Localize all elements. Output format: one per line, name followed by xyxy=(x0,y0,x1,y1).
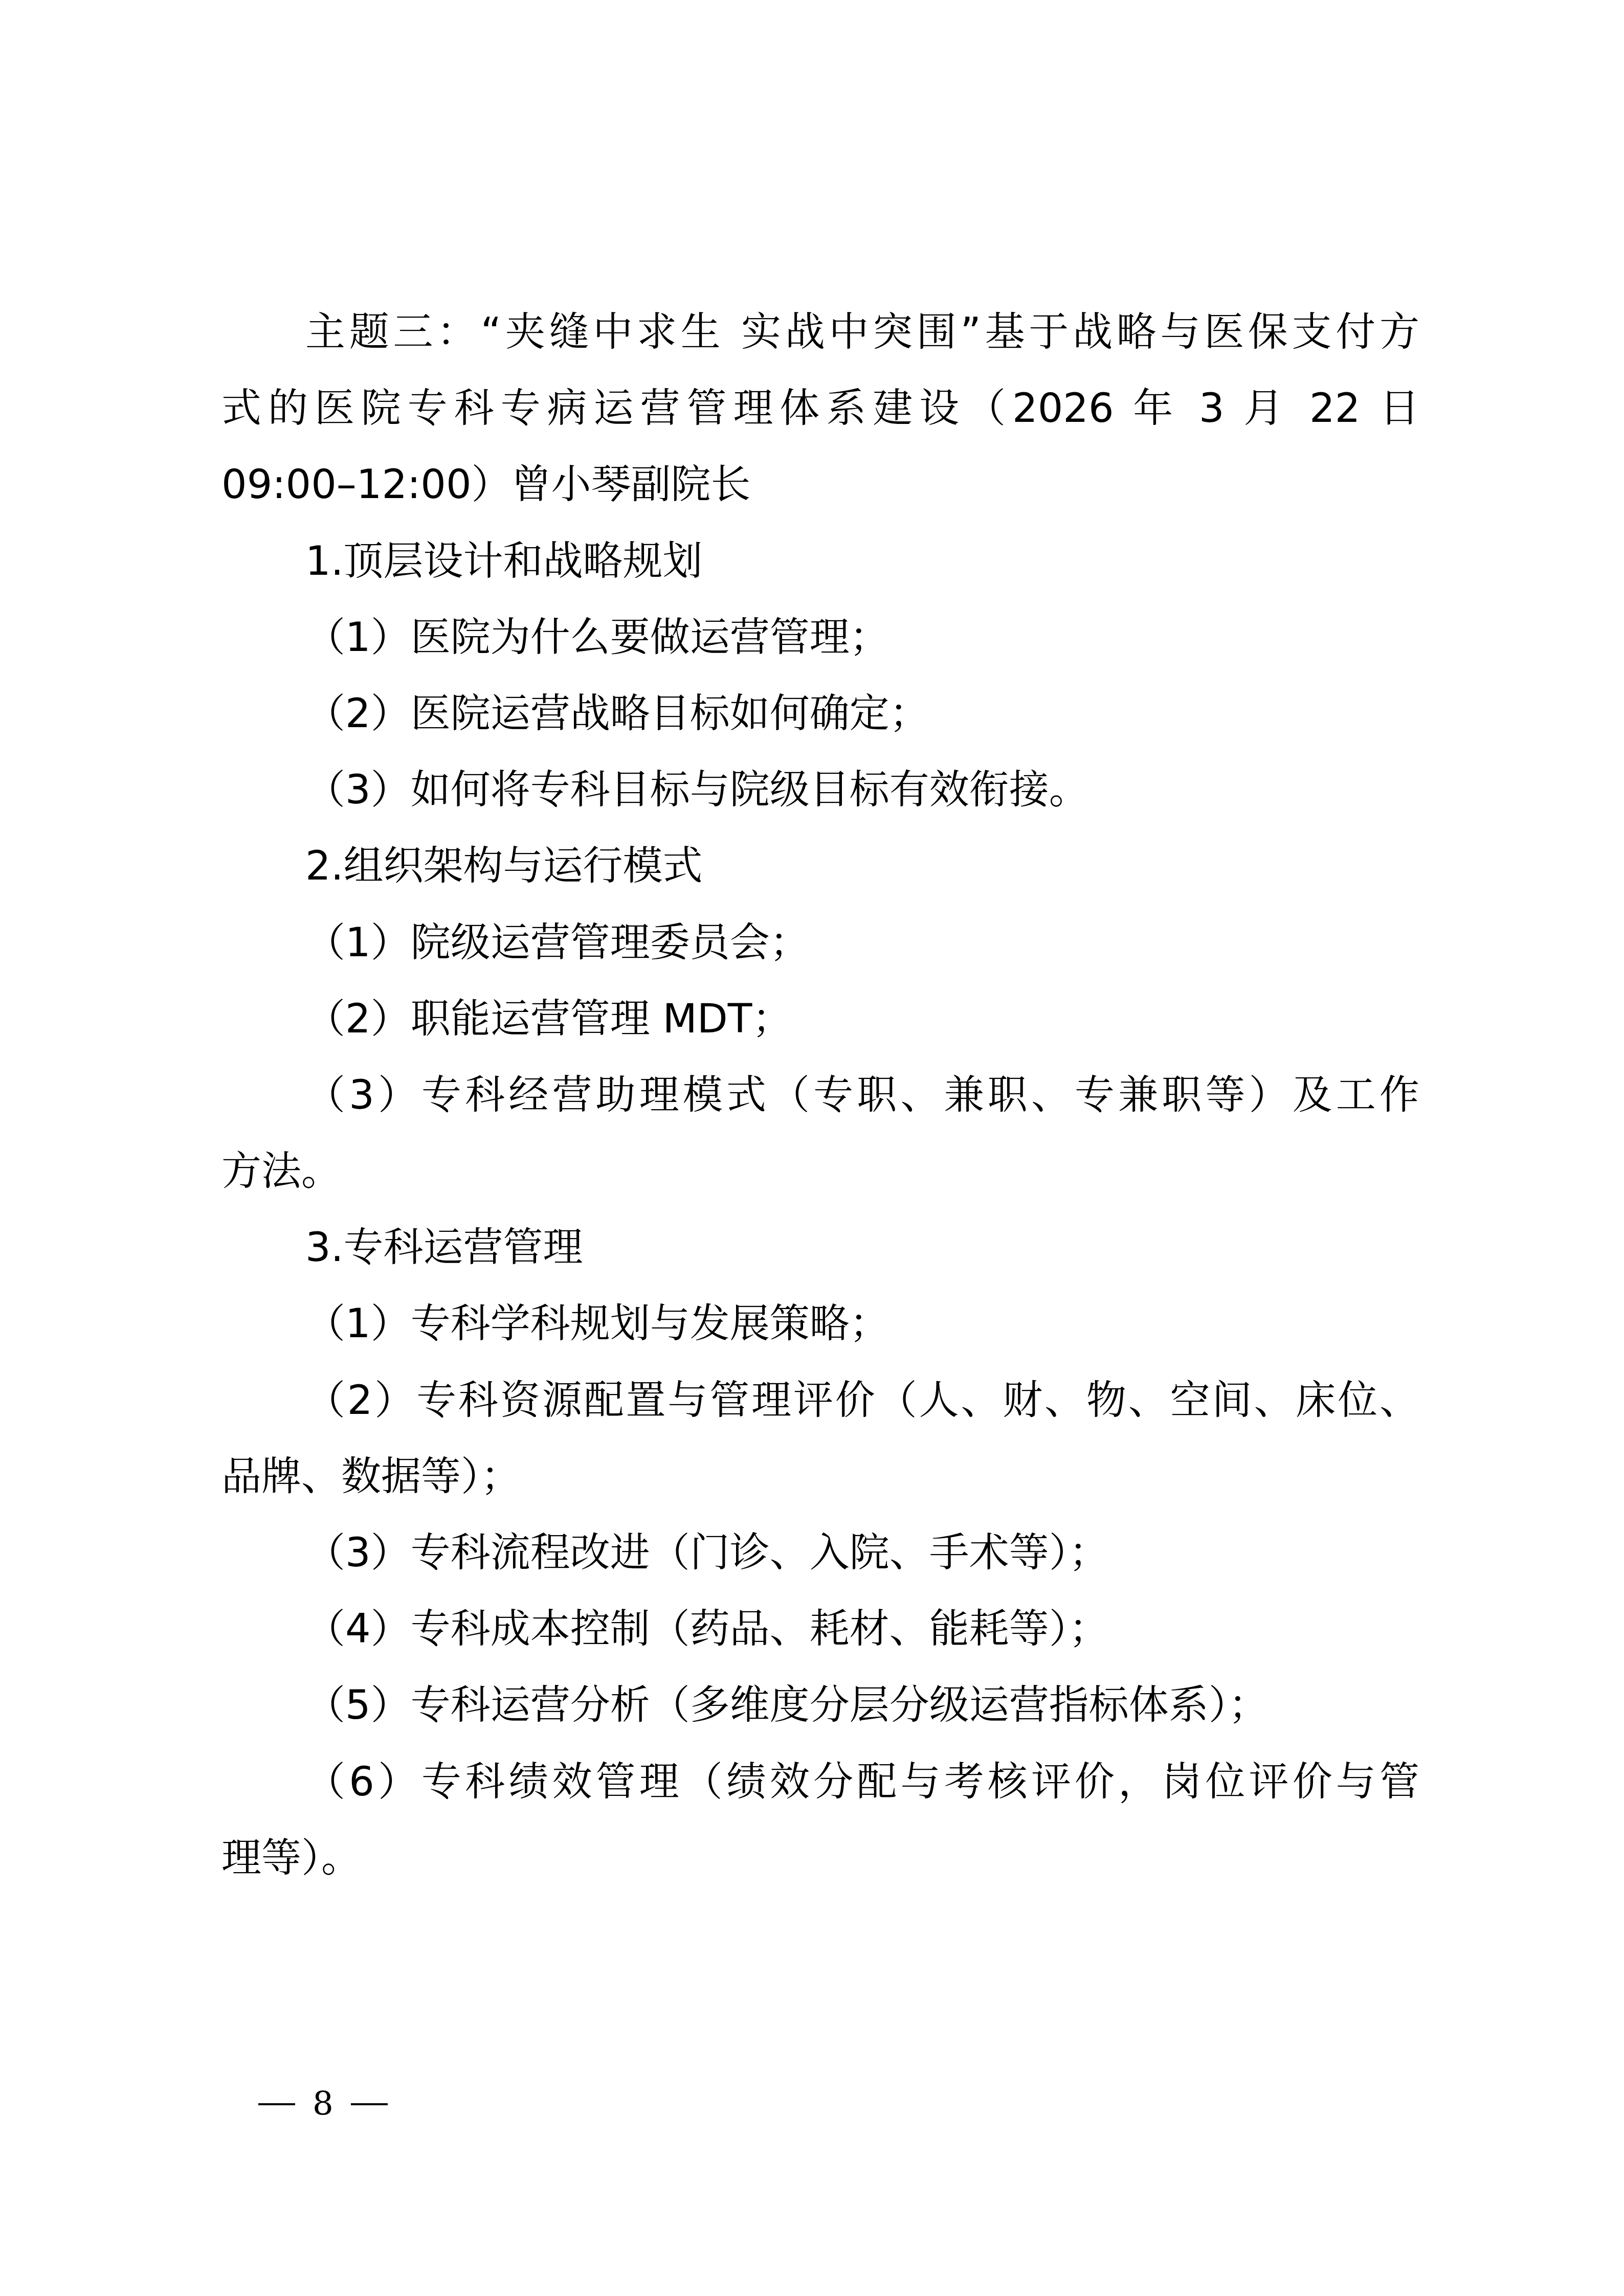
list-item: （5）专科运营分析（多维度分层分级运营指标体系）； xyxy=(221,1675,1419,1751)
list-item: （1）医院为什么要做运营管理； xyxy=(221,607,1419,683)
list-item: （3）如何将专科目标与院级目标有效衔接。 xyxy=(221,759,1419,836)
list-item: （3）专科流程改进（门诊、入院、手术等）； xyxy=(221,1522,1419,1599)
list-item: （2）职能运营管理 MDT； xyxy=(221,988,1419,1065)
section-heading-2: 2.组织架构与运行模式 xyxy=(221,836,1419,912)
document-body: 主题三：“夹缝中求生 实战中突围”基于战略与医保支付方 式的医院专科专病运营管理… xyxy=(221,302,1419,1904)
list-item: （2）医院运营战略目标如何确定； xyxy=(221,683,1419,759)
list-item-continuation: 理等）。 xyxy=(221,1828,1419,1904)
list-item: （3）专科经营助理模式（专职、兼职、专兼职等）及工作 xyxy=(221,1065,1419,1141)
section-heading-3: 3.专科运营管理 xyxy=(221,1217,1419,1293)
section-heading-1: 1.顶层设计和战略规划 xyxy=(221,531,1419,607)
topic-heading-line-2: 式的医院专科专病运营管理体系建设（2026 年 3 月 22 日 xyxy=(221,378,1419,454)
page-number-value: 8 xyxy=(313,2081,333,2127)
list-item-continuation: 方法。 xyxy=(221,1141,1419,1217)
topic-heading-line-1: 主题三：“夹缝中求生 实战中突围”基于战略与医保支付方 xyxy=(221,302,1419,378)
page-number-dash-left xyxy=(258,2103,295,2105)
page-number: 8 xyxy=(258,2081,388,2127)
list-item: （1）院级运营管理委员会； xyxy=(221,912,1419,988)
document-page: 主题三：“夹缝中求生 实战中突围”基于战略与医保支付方 式的医院专科专病运营管理… xyxy=(0,0,1624,2296)
list-item: （2）专科资源配置与管理评价（人、财、物、空间、床位、 xyxy=(221,1370,1419,1446)
list-item: （4）专科成本控制（药品、耗材、能耗等）； xyxy=(221,1599,1419,1675)
list-item: （6）专科绩效管理（绩效分配与考核评价，岗位评价与管 xyxy=(221,1751,1419,1828)
list-item: （1）专科学科规划与发展策略； xyxy=(221,1293,1419,1369)
list-item-continuation: 品牌、数据等）； xyxy=(221,1446,1419,1522)
topic-heading-line-3: 09:00–12:00）曾小琴副院长 xyxy=(221,454,1419,530)
page-number-dash-right xyxy=(351,2103,388,2105)
